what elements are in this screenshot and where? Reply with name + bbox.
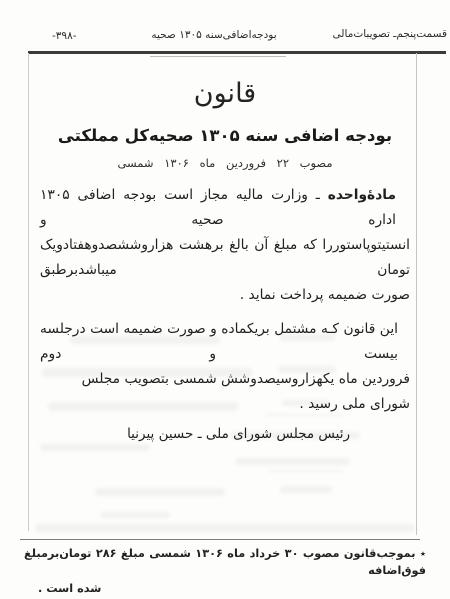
bleed-through-smudge xyxy=(280,486,332,493)
law-subtitle: بودجه اضافی سنه ۱۳۰۵ صحیه‌کل مملکتی xyxy=(40,126,410,145)
bleed-through-smudge xyxy=(268,470,343,472)
footnote: ٭ بموجب‌قانون مصوب ۳۰ خرداد ماه ۱۳۰۶ شمس… xyxy=(24,545,426,597)
article-line-2: انستیتوپاستوررا که مبلغ آن بالغ برهشت هز… xyxy=(40,233,410,283)
bleed-through-smudge xyxy=(235,458,350,465)
bleed-through-smudge xyxy=(48,402,238,411)
page-number: -۳۹۸- xyxy=(52,30,77,42)
law-title: قانون xyxy=(40,78,410,109)
page-frame-left-border xyxy=(28,53,29,531)
page-frame-right-border xyxy=(416,53,417,535)
law-approval-date: مصوب ۲۲ فروردین ماه ۱۳۰۶ شمسی xyxy=(40,156,410,170)
header-rule xyxy=(28,51,446,54)
bleed-through-smudge xyxy=(278,366,336,373)
article-label: مادۀواحده xyxy=(328,187,396,203)
running-head-section: قسمت‌پنجم‌ـ تصویبات‌مالی xyxy=(333,28,447,40)
article-line-3: صورت ضمیمه پرداخت نماید . xyxy=(40,283,410,308)
running-head-chapter: بودجه‌اضافی‌سنه ۱۳۰۵ صحیه xyxy=(138,29,290,41)
bleed-through-smudge xyxy=(280,334,335,341)
bleed-through-smudge xyxy=(265,414,343,416)
footnote-separator-rule xyxy=(20,539,420,540)
article-line-1: مادۀواحده ـ وزارت مالیه مجاز است بودجه ا… xyxy=(40,183,410,233)
footnote-line-1: ٭ بموجب‌قانون مصوب ۳۰ خرداد ماه ۱۳۰۶ شمس… xyxy=(24,545,426,579)
footnote-line-2: شده است . xyxy=(24,580,426,597)
bleed-through-smudge xyxy=(40,444,150,451)
bleed-through-smudge xyxy=(95,488,225,496)
bleed-through-smudge xyxy=(35,524,415,532)
law-text-block: قانون بودجه اضافی سنه ۱۳۰۵ صحیه‌کل مملکت… xyxy=(40,60,410,442)
law-article-paragraph: مادۀواحده ـ وزارت مالیه مجاز است بودجه ا… xyxy=(40,183,410,308)
bleed-through-smudge xyxy=(230,432,360,439)
bleed-through-smudge xyxy=(42,368,252,377)
bleed-through-smudge xyxy=(100,512,170,518)
bleed-through-smudge xyxy=(282,400,330,406)
bleed-through-smudge xyxy=(70,336,220,344)
header-rule-shadow xyxy=(150,56,286,57)
